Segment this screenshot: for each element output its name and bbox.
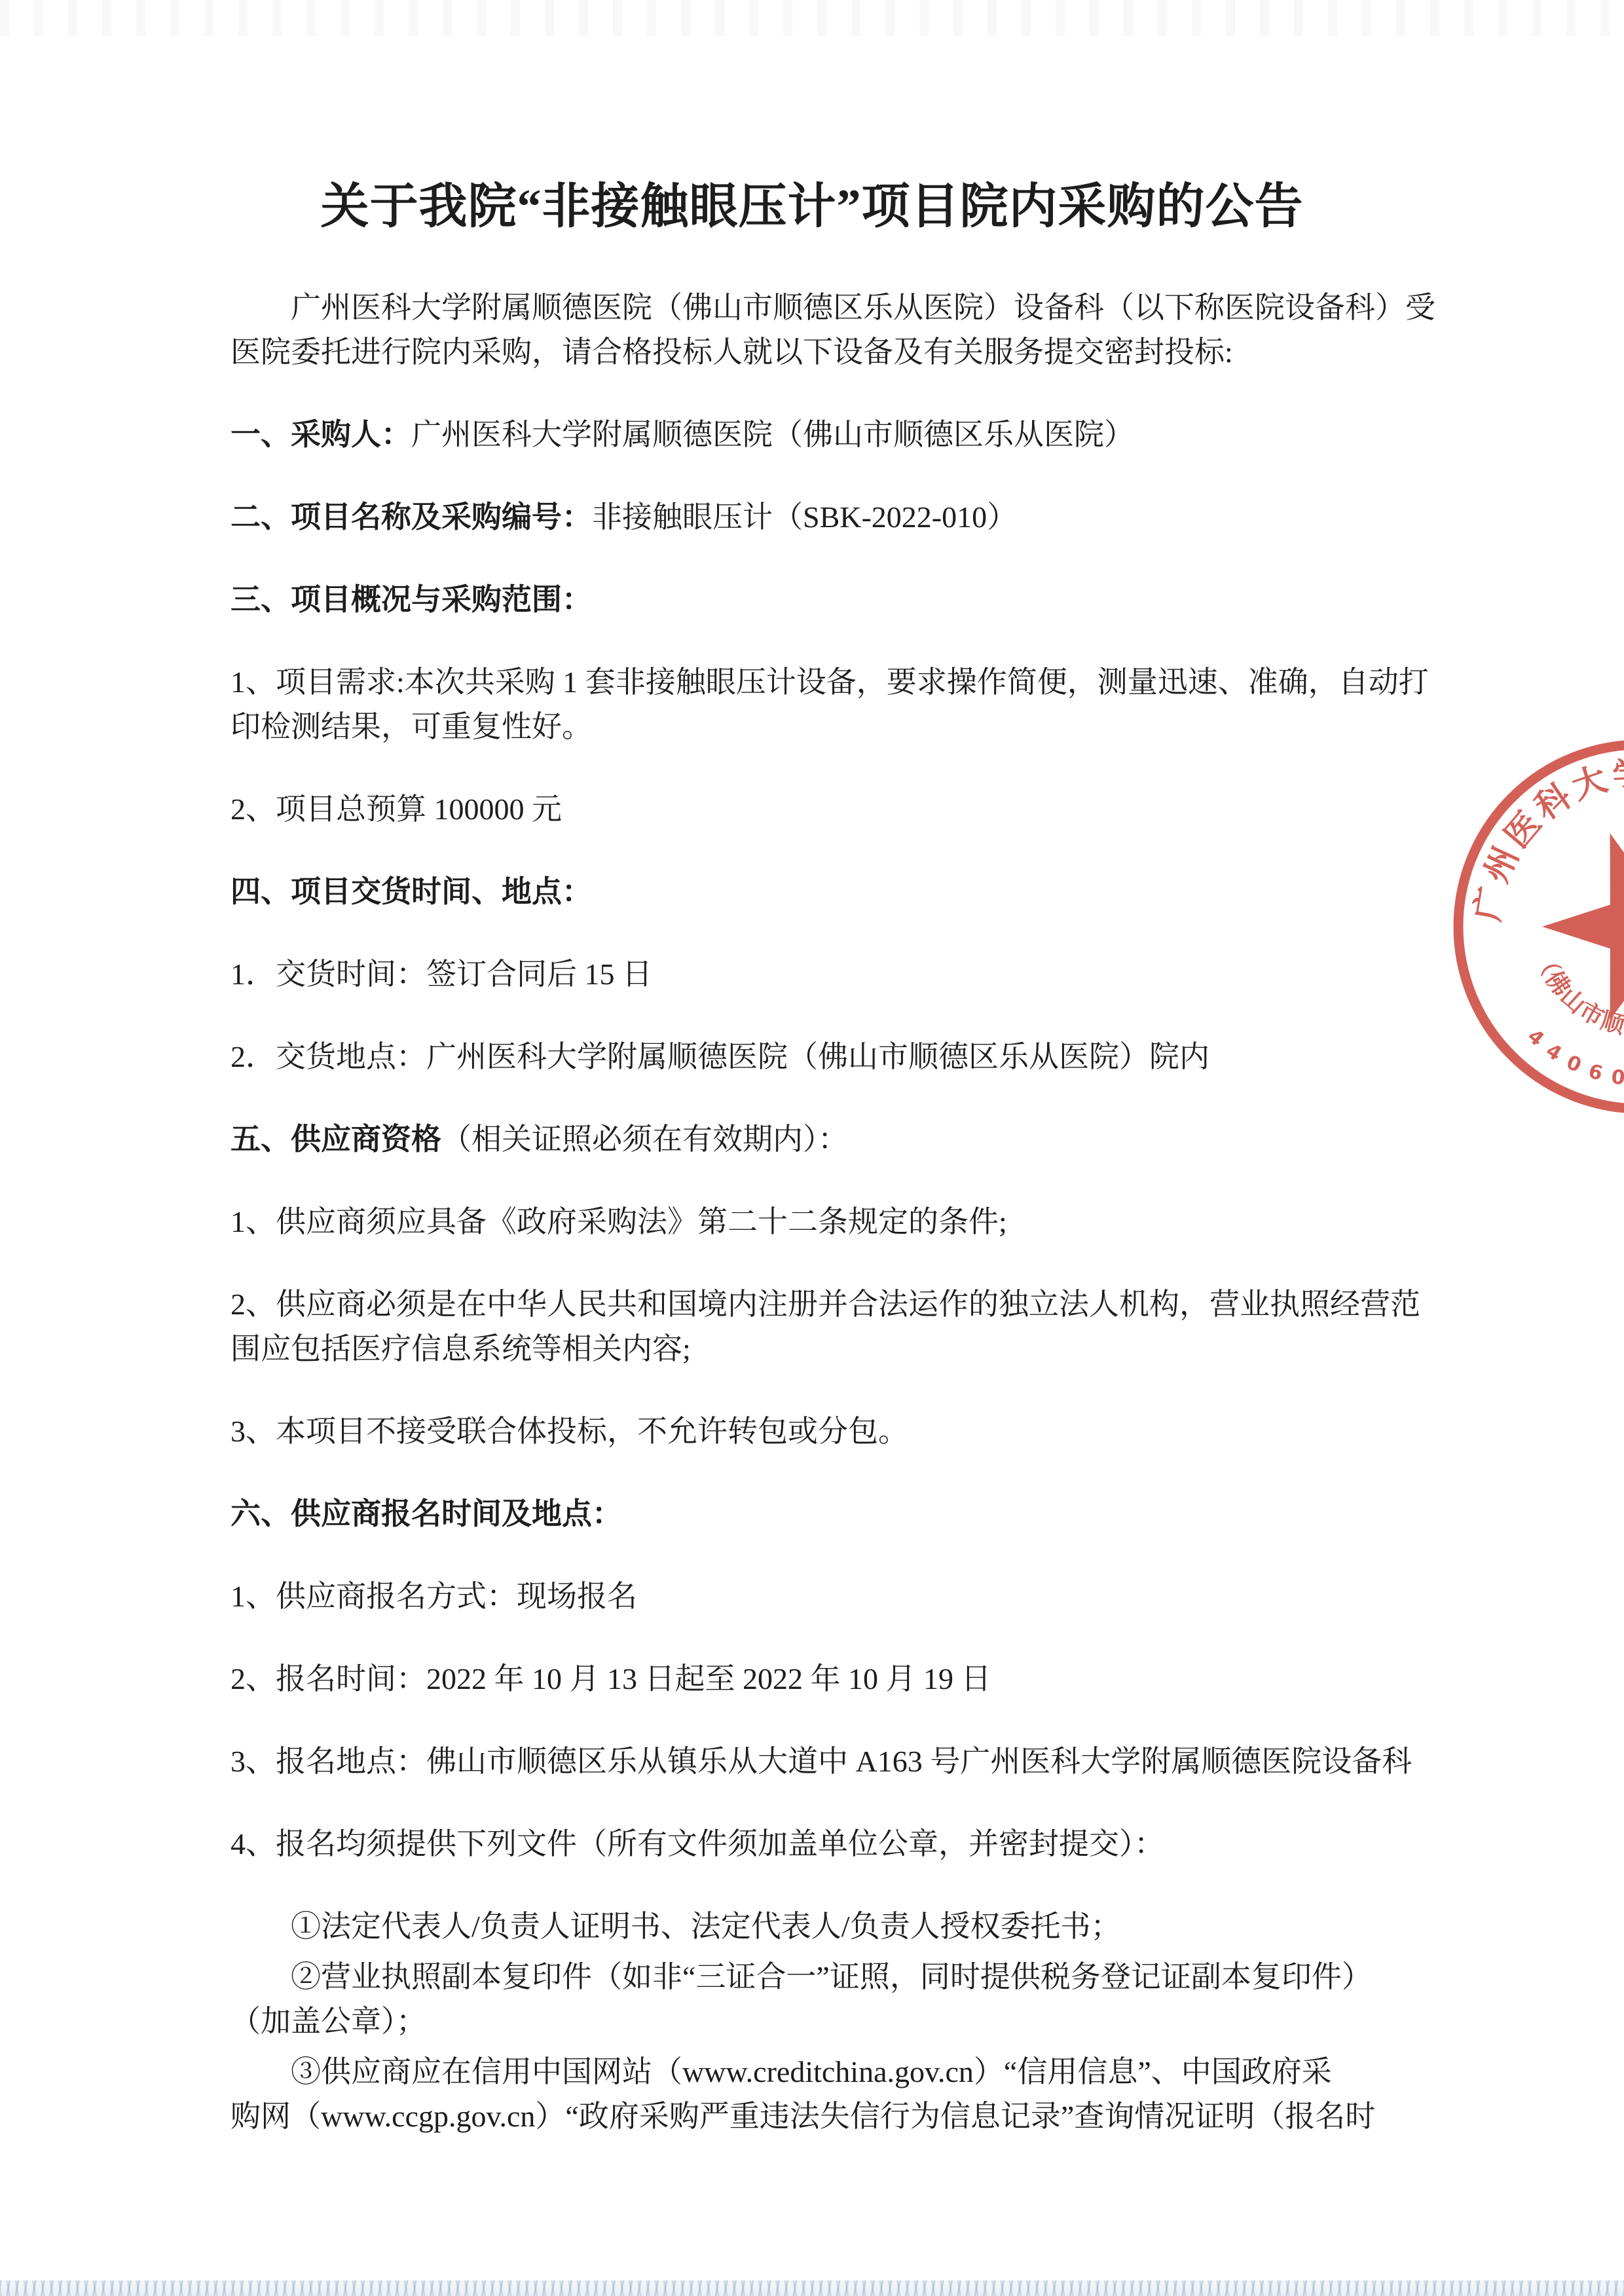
text-line: 4、报名均须提供下列文件（所有文件须加盖单位公章，并密封提交）： (231, 1822, 1416, 1866)
text-line: ①法定代表人/负责人证明书、法定代表人/负责人授权委托书； (231, 1904, 1416, 1949)
text-line: 五、供应商资格（相关证照必须在有效期内）： (231, 1117, 1416, 1162)
body-text: 1、项目需求:本次共采购 1 套非接触眼压计设备，要求操作简便，测量迅速、准确，… (231, 665, 1429, 699)
text-line: 医院委托进行院内采购，请合格投标人就以下设备及有关服务提交密封投标: (231, 330, 1416, 375)
official-seal: 广州医科大学附属顺德医院 （佛山市顺德区乐从医院） 44060 (1428, 704, 1624, 1162)
text-line: 2、报名时间：2022 年 10 月 13 日起至 2022 年 10 月 19… (231, 1657, 1416, 1701)
body-text: ①法定代表人/负责人证明书、法定代表人/负责人授权委托书； (291, 1910, 1121, 1943)
body-text: 2、供应商必须是在中华人民共和国境内注册并合法运作的独立法人机构，营业执照经营范 (231, 1287, 1420, 1321)
body-text: ③供应商应在信用中国网站（www.creditchina.gov.cn）“信用信… (291, 2055, 1332, 2088)
body-text: 2、报名时间：2022 年 10 月 13 日起至 2022 年 10 月 19… (231, 1662, 991, 1695)
body-text: （相关证照必须在有效期内）： (441, 1122, 848, 1156)
scanned-document-page: 关于我院“非接触眼压计”项目院内采购的公告 广州医科大学附属顺德医院（佛山市顺德… (0, 0, 1624, 2296)
text-line: 1、供应商报名方式：现场报名 (231, 1574, 1416, 1619)
text-line: 印检测结果，可重复性好。 (231, 705, 1416, 749)
text-line: 购网（www.ccgp.gov.cn）“政府采购严重违法失信行为信息记录”查询情… (231, 2094, 1416, 2139)
body-text: 广州医科大学附属顺德医院（佛山市顺德区乐从医院）设备科（以下称医院设备科）受 (291, 291, 1435, 324)
body-text: 1．交货时间：签订合同后 15 日 (231, 957, 652, 991)
body-text: 广州医科大学附属顺德医院（佛山市顺德区乐从医院） (411, 418, 1134, 451)
document-body: 广州医科大学附属顺德医院（佛山市顺德区乐从医院）设备科（以下称医院设备科）受医院… (231, 286, 1416, 2139)
text-line: ②营业执照副本复印件（如非“三证合一”证照，同时提供税务登记证副本复印件） (231, 1955, 1416, 1999)
text-line: 广州医科大学附属顺德医院（佛山市顺德区乐从医院）设备科（以下称医院设备科）受 (231, 286, 1416, 330)
heading-text: 三、项目概况与采购范围： (231, 583, 592, 616)
text-line: 3、报名地点：佛山市顺德区乐从镇乐从大道中 A163 号广州医科大学附属顺德医院… (231, 1739, 1416, 1784)
body-text: 1、供应商报名方式：现场报名 (231, 1580, 637, 1613)
document-title: 关于我院“非接触眼压计”项目院内采购的公告 (0, 168, 1624, 237)
text-line: 2．交货地点：广州医科大学附属顺德医院（佛山市顺德区乐从医院）院内 (231, 1035, 1416, 1079)
heading-text: 五、供应商资格 (231, 1122, 441, 1156)
text-line: 1、供应商须应具备《政府采购法》第二十二条规定的条件; (231, 1200, 1416, 1244)
scan-top-artifact (0, 0, 1624, 36)
text-line: 1．交货时间：签订合同后 15 日 (231, 952, 1416, 997)
text-line: （加盖公章）； (231, 1999, 1416, 2044)
text-line: 2、供应商必须是在中华人民共和国境内注册并合法运作的独立法人机构，营业执照经营范 (231, 1282, 1416, 1327)
body-text: 3、报名地点：佛山市顺德区乐从镇乐从大道中 A163 号广州医科大学附属顺德医院… (231, 1745, 1412, 1778)
body-text: 非接触眼压计（SBK-2022-010） (592, 500, 1017, 534)
text-line: 六、供应商报名时间及地点： (231, 1492, 1416, 1536)
body-text: 购网（www.ccgp.gov.cn）“政府采购严重违法失信行为信息记录”查询情… (231, 2100, 1375, 2133)
text-line: 三、项目概况与采购范围： (231, 578, 1416, 622)
body-text: 3、本项目不接受联合体投标，不允许转包或分包。 (231, 1415, 908, 1448)
bottom-edge-artifact (0, 2280, 1624, 2296)
body-text: 2、项目总预算 100000 元 (231, 792, 562, 826)
heading-text: 四、项目交货时间、地点： (231, 875, 592, 908)
text-line: 四、项目交货时间、地点： (231, 870, 1416, 914)
body-text: 医院委托进行院内采购，请合格投标人就以下设备及有关服务提交密封投标: (231, 335, 1233, 369)
body-text: 围应包括医疗信息系统等相关内容; (231, 1332, 691, 1365)
heading-text: 六、供应商报名时间及地点： (231, 1497, 622, 1530)
text-line: 3、本项目不接受联合体投标，不允许转包或分包。 (231, 1409, 1416, 1454)
text-line: 一、采购人：广州医科大学附属顺德医院（佛山市顺德区乐从医院） (231, 413, 1416, 457)
text-line: 围应包括医疗信息系统等相关内容; (231, 1327, 1416, 1371)
heading-text: 一、采购人： (231, 418, 411, 451)
body-text: ②营业执照副本复印件（如非“三证合一”证照，同时提供税务登记证副本复印件） (291, 1960, 1372, 1993)
body-text: 2．交货地点：广州医科大学附属顺德医院（佛山市顺德区乐从医院）院内 (231, 1040, 1209, 1073)
text-line: 2、项目总预算 100000 元 (231, 787, 1416, 832)
body-text: 印检测结果，可重复性好。 (231, 710, 592, 743)
heading-text: 二、项目名称及采购编号： (231, 500, 592, 534)
text-line: ③供应商应在信用中国网站（www.creditchina.gov.cn）“信用信… (231, 2050, 1416, 2094)
body-text: 4、报名均须提供下列文件（所有文件须加盖单位公章，并密封提交）： (231, 1827, 1164, 1861)
text-line: 二、项目名称及采购编号：非接触眼压计（SBK-2022-010） (231, 495, 1416, 540)
body-text: 1、供应商须应具备《政府采购法》第二十二条规定的条件; (231, 1205, 1007, 1238)
text-line: 1、项目需求:本次共采购 1 套非接触眼压计设备，要求操作简便，测量迅速、准确，… (231, 660, 1416, 705)
body-text: （加盖公章）； (231, 2005, 426, 2038)
